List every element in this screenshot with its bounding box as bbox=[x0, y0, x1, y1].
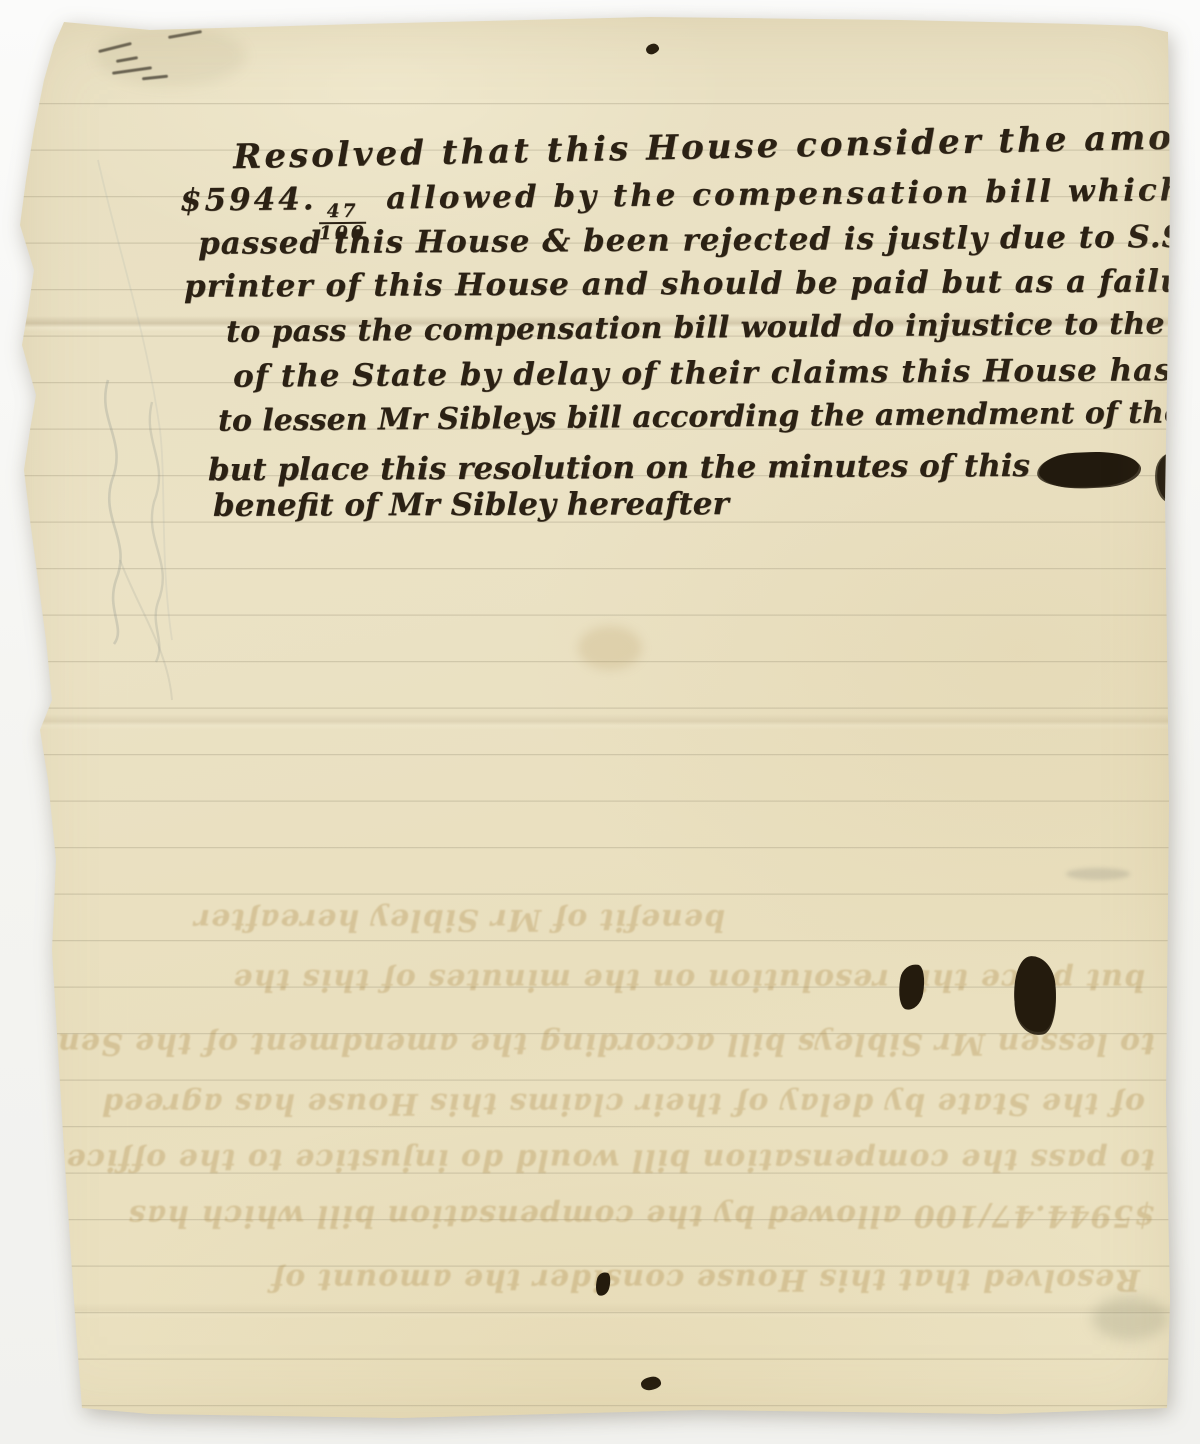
ink-spot bbox=[895, 962, 928, 1012]
handwritten-text: to pass the compensation bill would do i… bbox=[226, 305, 1200, 349]
handwriting-layer: Resolved that this House consider the am… bbox=[0, 0, 1200, 1444]
fold-crease-middle bbox=[0, 714, 1200, 730]
manuscript-line-9: benefit of Mr Sibley hereafter bbox=[213, 486, 729, 524]
ink-marks-layer bbox=[0, 0, 1200, 1444]
ink-blot bbox=[1038, 450, 1139, 488]
bleed-through-line: Resolved that this House consider the am… bbox=[240, 1262, 1140, 1297]
bleed-through-line: benefit of Mr Sibley hereafter bbox=[245, 902, 725, 937]
bleed-through-line: to lessen Mr Sibleys bill according the … bbox=[215, 1026, 1155, 1061]
fold-crease-lower bbox=[0, 1303, 1200, 1319]
paper-stain-corner bbox=[1092, 1296, 1168, 1340]
bleed-through-line: $5944.47/100 allowed by the compensation… bbox=[215, 1198, 1155, 1233]
handwritten-text: of the State by delay of their claims th… bbox=[233, 351, 1200, 395]
fold-crease-upper bbox=[0, 316, 1200, 332]
pencil-mark bbox=[112, 66, 152, 75]
cents-fraction: 47100 bbox=[319, 203, 367, 244]
ink-spot bbox=[645, 42, 661, 56]
manuscript-page: benefit of Mr Sibley hereafterbut place … bbox=[0, 0, 1200, 1444]
paper-toning bbox=[96, 26, 246, 86]
handwritten-text: benefit of Mr Sibley hereafter bbox=[213, 486, 729, 524]
handwritten-text: but place this resolution on the minutes… bbox=[208, 448, 1030, 488]
scan-background: benefit of Mr Sibley hereafterbut place … bbox=[0, 0, 1200, 1444]
handwritten-text: passed this House & been rejected is jus… bbox=[198, 218, 1200, 262]
handwritten-text: allowed by the compensation bill which h… bbox=[372, 171, 1200, 216]
pencil-mark bbox=[142, 75, 168, 81]
handwritten-text: $5944. bbox=[180, 181, 317, 218]
pencil-mark bbox=[98, 42, 132, 53]
paper-shadow: benefit of Mr Sibley hereafterbut place … bbox=[0, 0, 1200, 1444]
manuscript-line-6: of the State by delay of their claims th… bbox=[233, 351, 1200, 395]
manuscript-line-8: but place this resolution on the minutes… bbox=[208, 440, 1200, 498]
bleed-through-line: to pass the compensation bill would do i… bbox=[205, 1142, 1155, 1177]
pencil-mark bbox=[168, 30, 202, 39]
manuscript-line-5: to pass the compensation bill would do i… bbox=[226, 305, 1200, 349]
ruled-lines bbox=[0, 58, 1200, 1434]
ink-spot bbox=[640, 1375, 662, 1391]
bleed-through-line: of the State by delay of their claims th… bbox=[215, 1086, 1145, 1121]
manuscript-line-4: printer of this House and should be paid… bbox=[184, 263, 1200, 304]
handwritten-text: printer of this House and should be paid… bbox=[184, 263, 1200, 304]
manuscript-line-1: Resolved that this House consider the am… bbox=[233, 115, 1200, 177]
fraction-numerator: 47 bbox=[327, 203, 359, 222]
paper-stain bbox=[578, 626, 642, 670]
fraction-denominator: 100 bbox=[319, 222, 367, 244]
ink-spot bbox=[593, 1271, 612, 1298]
manuscript-line-2: $5944.47100 allowed by the compensation … bbox=[180, 171, 1200, 245]
pencil-scribble bbox=[0, 0, 1200, 1444]
bleed-through-layer: benefit of Mr Sibley hereafterbut place … bbox=[0, 0, 1200, 1444]
bleed-through-line: but place this resolution on the minutes… bbox=[245, 962, 1145, 997]
manuscript-line-3: passed this House & been rejected is jus… bbox=[198, 218, 1200, 262]
paper-smudge bbox=[1066, 868, 1130, 880]
handwritten-text: Resolved that this House consider the am… bbox=[233, 115, 1200, 177]
manuscript-line-7: to lessen Mr Sibleys bill according the … bbox=[218, 394, 1200, 439]
handwritten-text: to lessen Mr Sibleys bill according the … bbox=[218, 394, 1200, 439]
ink-blot bbox=[1155, 449, 1199, 504]
ink-spot bbox=[1011, 955, 1058, 1034]
pencil-mark bbox=[116, 56, 138, 63]
